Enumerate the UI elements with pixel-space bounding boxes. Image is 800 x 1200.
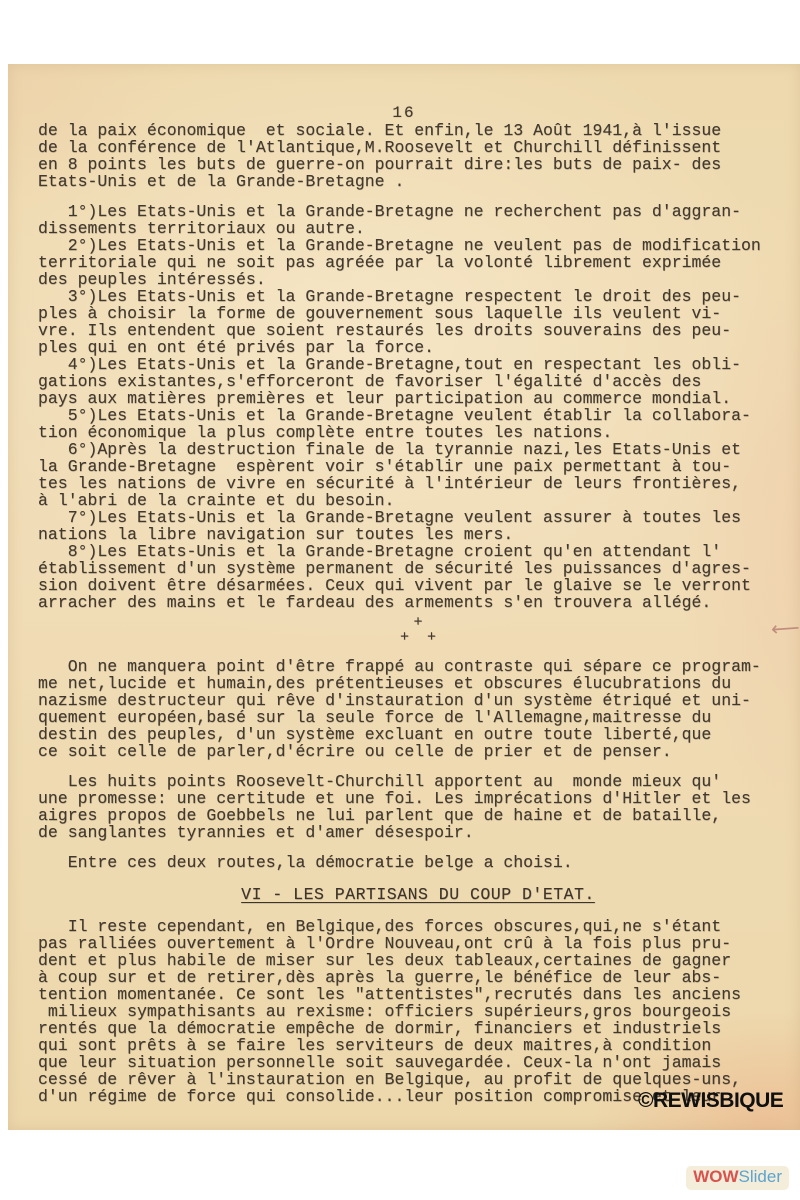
pencil-arrow-icon: ⟵ [770, 615, 800, 641]
charter-point-6: 6°)Après la destruction finale de la tyr… [38, 441, 798, 509]
charter-point-5: 5°)Les Etats-Unis et la Grande-Bretagne … [38, 407, 798, 441]
plus-divider: + + + [38, 615, 798, 645]
intro-paragraph: de la paix économique et sociale. Et enf… [38, 122, 798, 190]
charter-point-8: 8°)Les Etats-Unis et la Grande-Bretagne … [38, 543, 798, 611]
section-heading: VI - LES PARTISANS DU COUP D'ETAT. [38, 886, 798, 903]
wowslider-badge[interactable]: WOWSlider [686, 1166, 789, 1190]
scanned-page: 16 de la paix économique et sociale. Et … [8, 64, 800, 1130]
copyright-watermark: ©REWISBIQUE [638, 1089, 783, 1113]
charter-point-4: 4°)Les Etats-Unis et la Grande-Bretagne,… [38, 356, 798, 407]
scanned-document-viewer: 16 de la paix économique et sociale. Et … [0, 0, 800, 1200]
commentary-paragraph-2: Les huits points Roosevelt-Churchill app… [38, 773, 798, 841]
commentary-paragraph-3: Entre ces deux routes,la démocratie belg… [38, 854, 798, 871]
typewritten-text: de la paix économique et sociale. Et enf… [38, 122, 798, 1105]
badge-slider-text: Slider [739, 1167, 782, 1186]
closing-paragraph: Il reste cependant, en Belgique,des forc… [38, 918, 798, 1105]
charter-point-1: 1°)Les Etats-Unis et la Grande-Bretagne … [38, 203, 798, 237]
commentary-paragraph-1: On ne manquera point d'être frappé au co… [38, 658, 798, 760]
charter-point-7: 7°)Les Etats-Unis et la Grande-Bretagne … [38, 509, 798, 543]
page-number: 16 [8, 104, 800, 122]
badge-wow-text: WOW [693, 1167, 738, 1186]
charter-point-2: 2°)Les Etats-Unis et la Grande-Bretagne … [38, 237, 798, 288]
charter-point-3: 3°)Les Etats-Unis et la Grande-Bretagne … [38, 288, 798, 356]
